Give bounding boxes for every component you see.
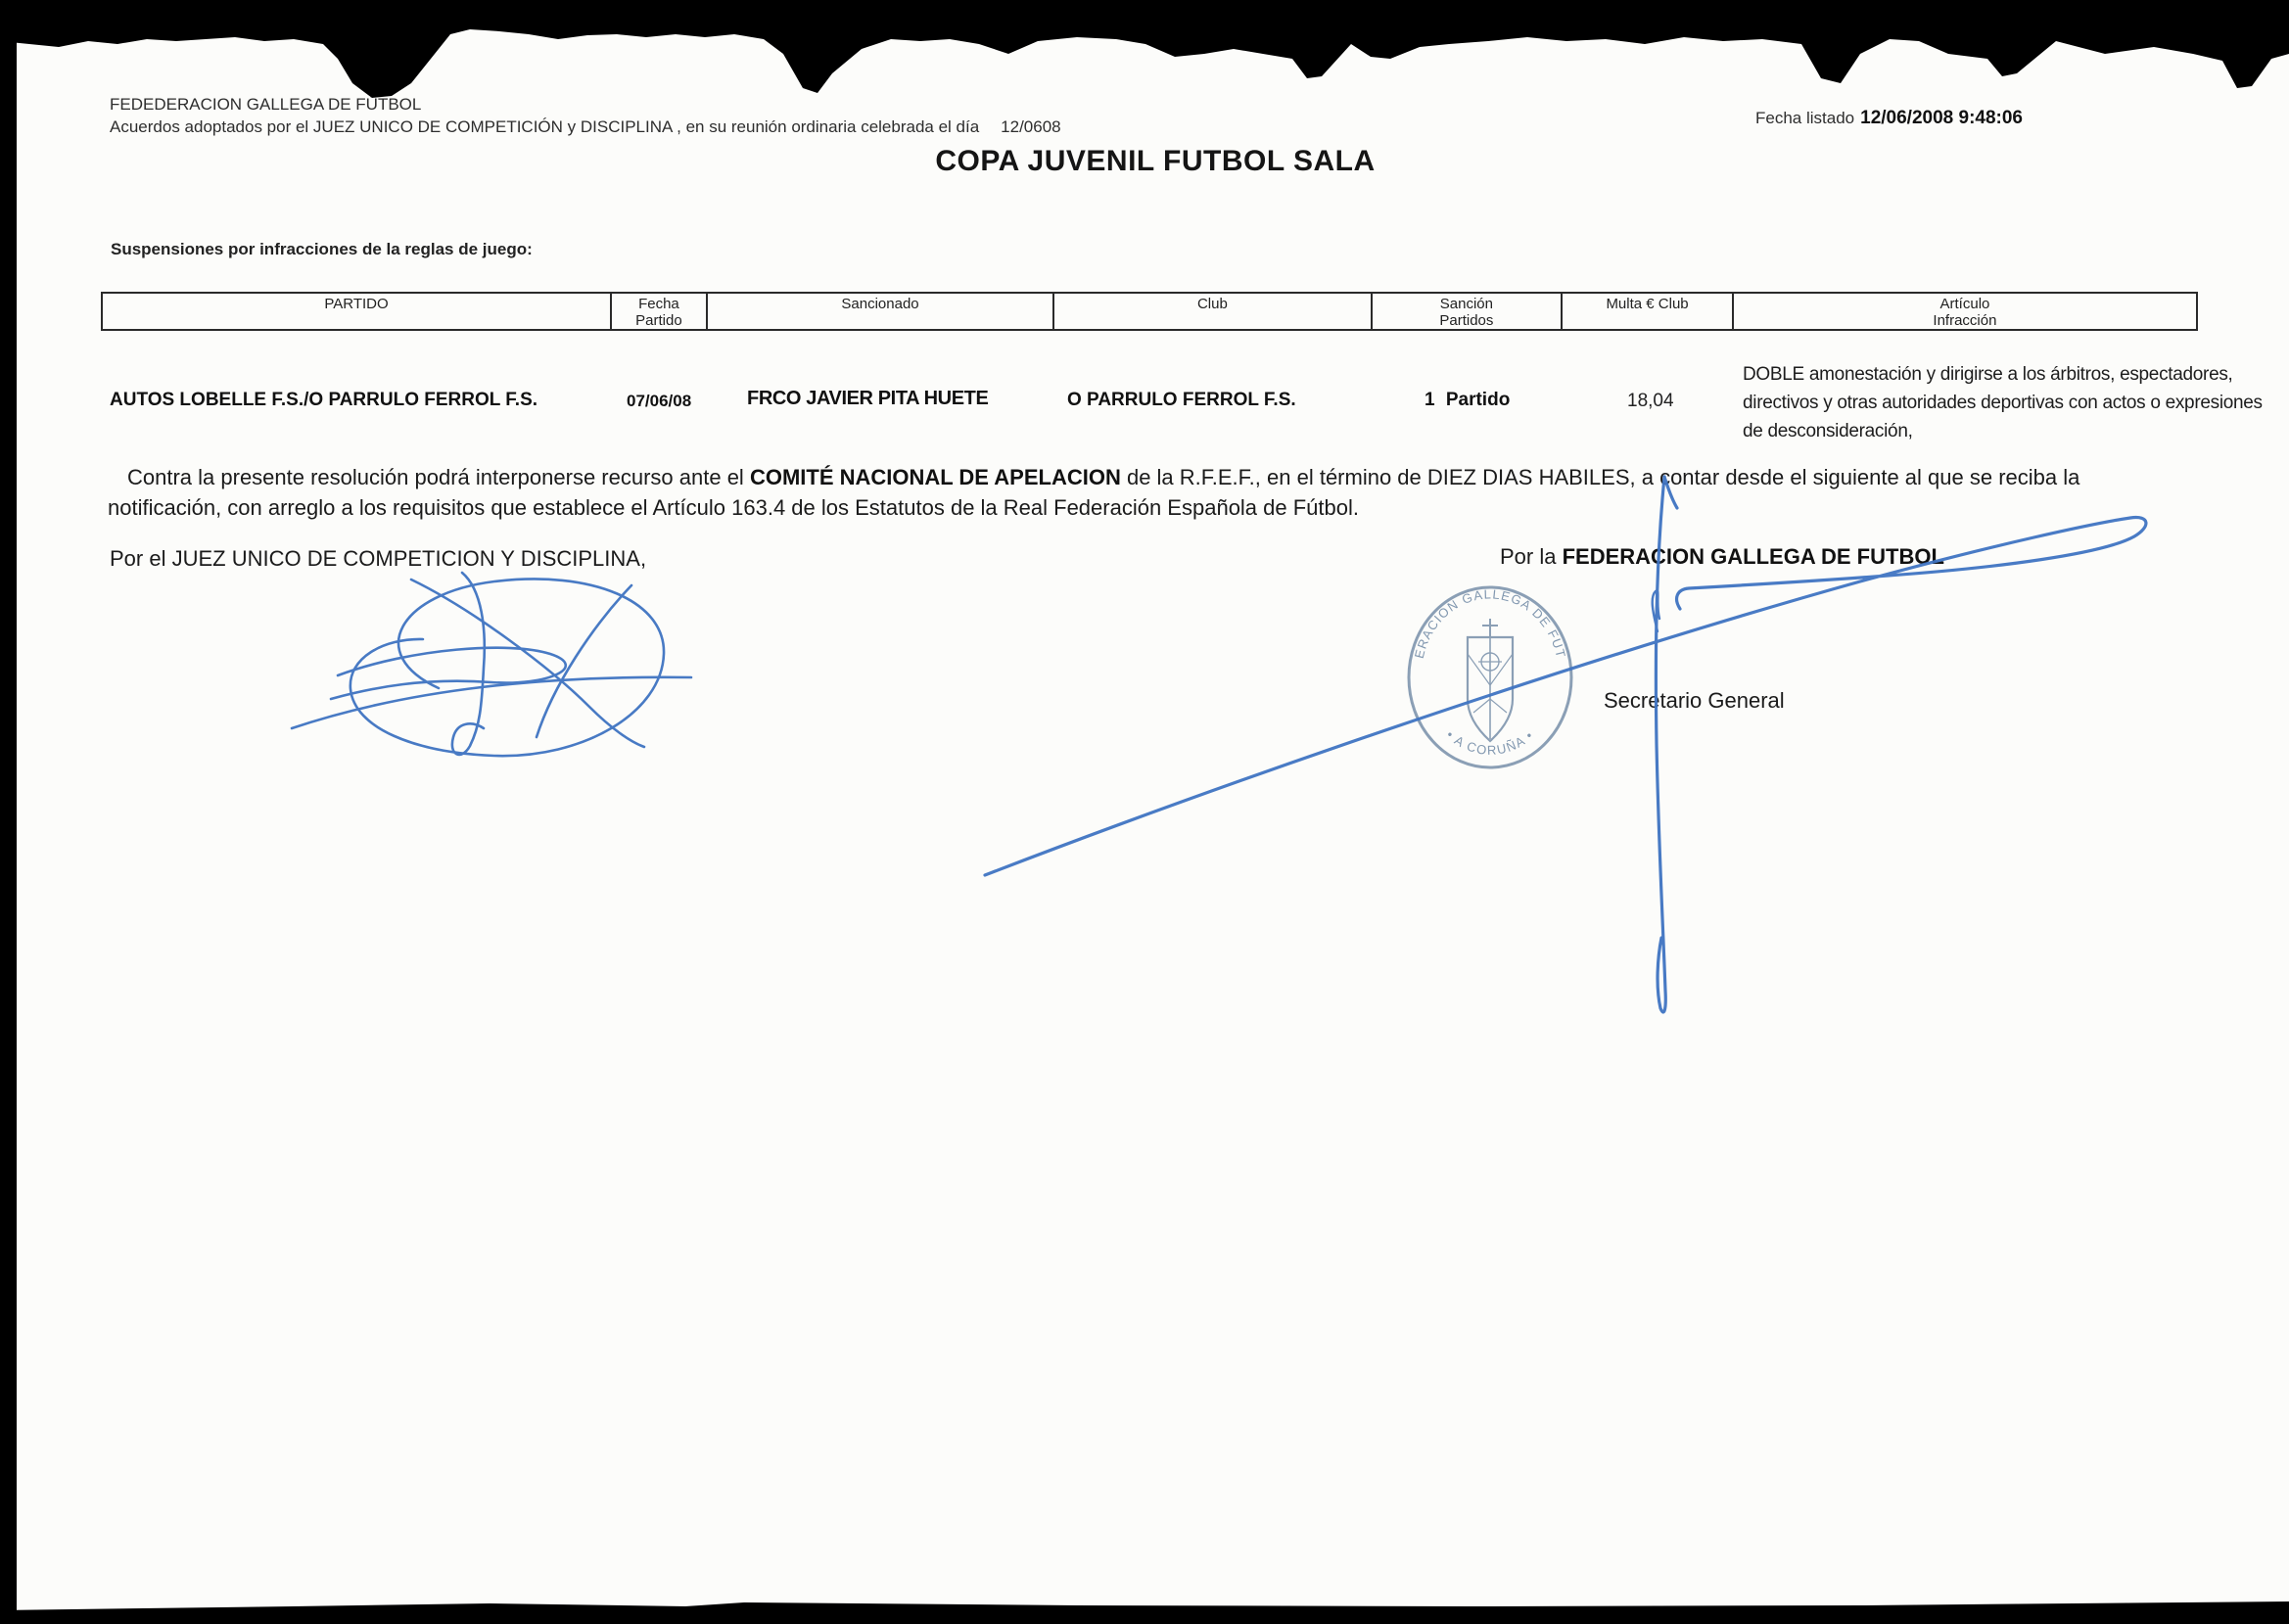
table-header: PARTIDO Fecha Partido Sancionado Club Sa…	[101, 292, 2198, 331]
row-fecha: 07/06/08	[627, 392, 691, 411]
col-header-club: Club	[1052, 294, 1370, 329]
col-header-fecha-partido: Fecha Partido	[610, 294, 706, 329]
section-label: Suspensiones por infracciones de la regl…	[111, 240, 533, 259]
listing-date: Fecha listado12/06/2008 9:48:06	[1755, 108, 2023, 129]
agreements-line: Acuerdos adoptados por el JUEZ UNICO DE …	[110, 117, 1061, 137]
col-header-articulo-infraccion: Artículo Infracción	[1732, 294, 2196, 329]
row-multa: 18,04	[1627, 391, 1674, 412]
page-title: COPA JUVENIL FUTBOL SALA	[837, 145, 1473, 178]
judge-signature-label: Por el JUEZ UNICO DE COMPETICION Y DISCI…	[110, 546, 646, 572]
col-header-multa-club: Multa € Club	[1561, 294, 1732, 329]
row-sancion: 1 Partido	[1425, 390, 1510, 411]
col-header-partido: PARTIDO	[103, 294, 610, 329]
row-club: O PARRULO FERROL F.S.	[1067, 390, 1296, 411]
seal-bottom-text: • A CORUÑA •	[1443, 727, 1536, 758]
judge-signature-icon	[292, 573, 691, 756]
listing-date-value: 12/06/2008 9:48:06	[1860, 108, 2023, 128]
federation-label-prefix: Por la	[1500, 544, 1563, 569]
meeting-date: 12/0608	[1001, 117, 1060, 136]
scanned-document-page: FEDEDERACION GALLEGA DE FÚTBOL Acuerdos …	[0, 0, 2289, 1624]
row-sancionado: FRCO JAVIER PITA HUETE	[747, 388, 988, 410]
agreements-text: Acuerdos adoptados por el JUEZ UNICO DE …	[110, 117, 979, 136]
col-header-sancionado: Sancionado	[706, 294, 1052, 329]
federation-signature-label: Por la FEDERACION GALLEGA DE FUTBOL	[1500, 544, 1944, 570]
svg-text:• A CORUÑA •: • A CORUÑA •	[1443, 727, 1536, 758]
resolution-paragraph: Contra la presente resolución podrá inte…	[108, 462, 2134, 523]
federation-label-bold: FEDERACION GALLEGA DE FUTBOL	[1563, 544, 1944, 569]
resolution-part1: Contra la presente resolución podrá inte…	[127, 465, 750, 489]
row-partido: AUTOS LOBELLE F.S./O PARRULO FERROL F.S.	[110, 390, 537, 411]
col-header-sancion-partidos: Sanción Partidos	[1371, 294, 1562, 329]
listing-date-label: Fecha listado	[1755, 109, 1854, 127]
federation-name-header: FEDEDERACION GALLEGA DE FÚTBOL	[110, 95, 421, 115]
row-articulo: DOBLE amonestación y dirigirse a los árb…	[1743, 360, 2271, 445]
secretario-general-label: Secretario General	[1604, 688, 1785, 714]
resolution-bold: COMITÉ NACIONAL DE APELACION	[750, 465, 1121, 489]
